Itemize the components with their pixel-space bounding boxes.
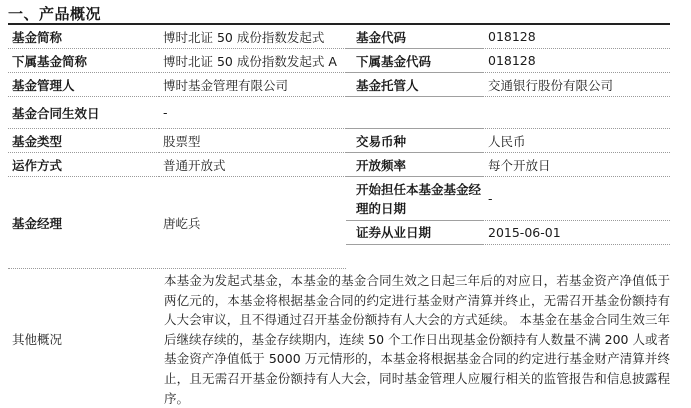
table-row: 运作方式 普通开放式 开放频率 每个开放日 [8, 153, 670, 177]
value-fund-short-name: 博时北证 50 成份指数发起式 [159, 25, 346, 49]
label-manager-start-date: 开始担任本基金基金经理的日期 [346, 177, 483, 221]
label-trading-currency: 交易币种 [346, 129, 483, 153]
other-overview-row: 其他概况 本基金为发起式基金，本基金的基金合同生效之日起三年后的对应日，若基金资… [8, 269, 670, 408]
table-row: 基金管理人 博时基金管理有限公司 基金托管人 交通银行股份有限公司 [8, 73, 670, 97]
label-fund-manager: 基金经理 [8, 177, 159, 268]
table-row: 开始担任本基金基金经理的日期 - [346, 177, 670, 221]
label-fund-code: 基金代码 [346, 25, 483, 49]
other-overview-text: 本基金为发起式基金，本基金的基金合同生效之日起三年后的对应日，若基金资产净值低于… [159, 269, 670, 408]
value-contract-effective-date: - [159, 97, 346, 129]
value-fund-custodian: 交通银行股份有限公司 [483, 73, 670, 97]
label-fund-manager-company: 基金管理人 [8, 73, 159, 97]
fund-manager-details: 开始担任本基金基金经理的日期 - 证券从业日期 2015-06-01 [346, 177, 670, 269]
label-fund-custodian: 基金托管人 [346, 73, 483, 97]
label-contract-effective-date: 基金合同生效日 [8, 97, 159, 129]
value-operation-mode: 普通开放式 [159, 153, 346, 177]
value-fund-manager-company: 博时基金管理有限公司 [159, 73, 346, 97]
label-other-overview: 其他概况 [8, 269, 159, 408]
table-row: 基金简称 博时北证 50 成份指数发起式 基金代码 018128 [8, 25, 670, 49]
spacer [346, 245, 670, 269]
value-manager-start-date: - [483, 177, 670, 221]
table-row: 基金合同生效日 - [8, 97, 670, 129]
label-fund-type: 基金类型 [8, 129, 159, 153]
value-fund-code: 018128 [483, 25, 670, 49]
value-fund-type: 股票型 [159, 129, 346, 153]
fund-manager-left: 基金经理 唐屹兵 [8, 177, 346, 269]
label-securities-career-date: 证券从业日期 [346, 221, 483, 245]
label-sub-fund-short-name: 下属基金简称 [8, 49, 159, 73]
table-row: 下属基金简称 博时北证 50 成份指数发起式 A 下属基金代码 018128 [8, 49, 670, 73]
label-operation-mode: 运作方式 [8, 153, 159, 177]
product-overview-table: 基金简称 博时北证 50 成份指数发起式 基金代码 018128 下属基金简称 … [8, 23, 670, 408]
value-sub-fund-short-name: 博时北证 50 成份指数发起式 A [159, 49, 346, 73]
value-open-frequency: 每个开放日 [483, 153, 670, 177]
label-open-frequency: 开放频率 [346, 153, 483, 177]
empty-value-cell [483, 97, 670, 129]
table-row: 基金类型 股票型 交易币种 人民币 [8, 129, 670, 153]
section-title: 一、产品概况 [8, 3, 101, 24]
value-securities-career-date: 2015-06-01 [483, 221, 670, 245]
value-fund-manager: 唐屹兵 [159, 177, 346, 268]
label-sub-fund-code: 下属基金代码 [346, 49, 483, 73]
label-fund-short-name: 基金简称 [8, 25, 159, 49]
table-row: 证券从业日期 2015-06-01 [346, 221, 670, 245]
value-sub-fund-code: 018128 [483, 49, 670, 73]
fund-manager-row: 基金经理 唐屹兵 开始担任本基金基金经理的日期 - 证券从业日期 2015-06… [8, 177, 670, 269]
empty-label-cell [346, 97, 483, 129]
value-trading-currency: 人民币 [483, 129, 670, 153]
